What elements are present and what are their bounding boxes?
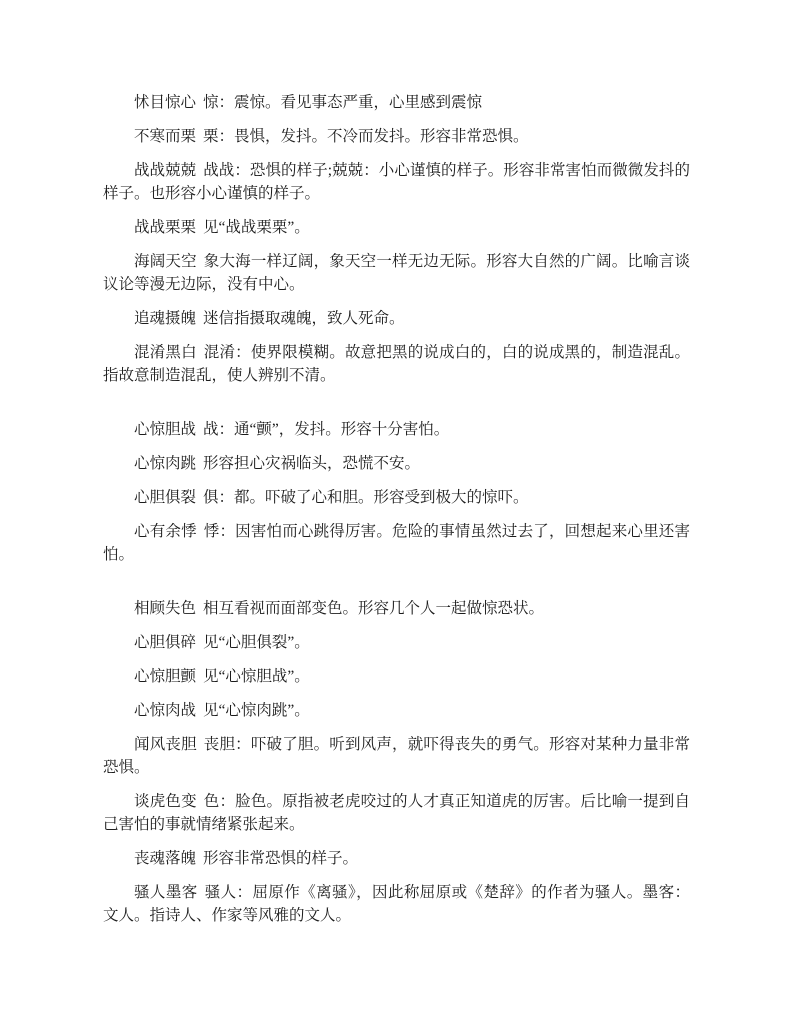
idiom-term: 心有余悸 <box>134 523 204 540</box>
idiom-entry: 海阔天空象大海一样辽阔，象天空一样无边无际。形容大自然的广阔。比喻言谈议论等漫无… <box>103 250 690 296</box>
document-page: 怵目惊心惊：震惊。看见事态严重，心里感到震惊 不寒而栗栗：畏惧，发抖。不冷而发抖… <box>0 0 792 1025</box>
idiom-entry: 心有余悸悸：因害怕而心跳得厉害。危险的事情虽然过去了，回想起来心里还害怕。 <box>103 520 690 566</box>
idiom-definition: 形容担心灾祸临头，恐慌不安。 <box>203 455 420 472</box>
idiom-entry: 不寒而栗栗：畏惧，发抖。不冷而发抖。形容非常恐惧。 <box>103 125 690 148</box>
idiom-entry: 追魂摄魄迷信指摄取魂魄，致人死命。 <box>103 307 690 330</box>
idiom-term: 心惊胆战 <box>134 421 203 438</box>
idiom-term: 骚人墨客 <box>134 884 205 901</box>
idiom-definition: 见“战战栗栗”。 <box>203 219 310 236</box>
idiom-definition: 俱：都。吓破了心和胆。形容受到极大的惊吓。 <box>203 489 529 506</box>
idiom-term: 怵目惊心 <box>134 94 203 111</box>
idiom-definition: 相互看视而面部变色。形容几个人一起做惊恐状。 <box>203 600 544 617</box>
idiom-term: 海阔天空 <box>134 253 204 270</box>
idiom-entry: 闻风丧胆丧胆：吓破了胆。听到风声，就吓得丧失的勇气。形容对某种力量非常恐惧。 <box>103 733 690 779</box>
idiom-entry: 战战兢兢战战：恐惧的样子;兢兢：小心谨慎的样子。形容非常害怕而微微发抖的样子。也… <box>103 159 690 205</box>
idiom-entry: 战战栗栗见“战战栗栗”。 <box>103 216 690 239</box>
idiom-entry: 心胆俱碎见“心胆俱裂”。 <box>103 631 690 654</box>
idiom-term: 谈虎色变 <box>134 793 204 810</box>
text-block: 怵目惊心惊：震惊。看见事态严重，心里感到震惊 不寒而栗栗：畏惧，发抖。不冷而发抖… <box>103 0 690 938</box>
idiom-definition: 栗：畏惧，发抖。不冷而发抖。形容非常恐惧。 <box>203 128 529 145</box>
idiom-term: 心胆俱碎 <box>134 634 203 651</box>
idiom-term: 心胆俱裂 <box>134 489 203 506</box>
idiom-term: 闻风丧胆 <box>134 736 204 753</box>
idiom-entry: 心惊肉跳形容担心灾祸临头，恐慌不安。 <box>103 452 690 475</box>
idiom-entry: 丧魂落魄形容非常恐惧的样子。 <box>103 847 690 870</box>
idiom-term: 不寒而栗 <box>134 128 203 145</box>
idiom-definition: 战：通“颤”，发抖。形容十分害怕。 <box>203 421 449 438</box>
idiom-term: 丧魂落魄 <box>134 850 203 867</box>
idiom-entry: 心胆俱裂俱：都。吓破了心和胆。形容受到极大的惊吓。 <box>103 486 690 509</box>
idiom-definition: 迷信指摄取魂魄，致人死命。 <box>203 310 405 327</box>
idiom-term: 心惊肉战 <box>134 702 203 719</box>
idiom-entry: 心惊胆颤见“心惊胆战”。 <box>103 665 690 688</box>
idiom-term: 战战兢兢 <box>134 162 203 179</box>
idiom-entry: 怵目惊心惊：震惊。看见事态严重，心里感到震惊 <box>103 91 690 114</box>
idiom-entry: 谈虎色变色：脸色。原指被老虎咬过的人才真正知道虎的厉害。后比喻一提到自己害怕的事… <box>103 790 690 836</box>
idiom-definition: 见“心惊胆战”。 <box>203 668 310 685</box>
idiom-term: 混淆黑白 <box>134 344 204 361</box>
blank-line <box>103 577 690 597</box>
idiom-term: 心惊肉跳 <box>134 455 203 472</box>
idiom-definition: 惊：震惊。看见事态严重，心里感到震惊 <box>203 94 482 111</box>
idiom-definition: 见“心胆俱裂”。 <box>203 634 310 651</box>
idiom-term: 相顾失色 <box>134 600 203 617</box>
idiom-entry: 混淆黑白混淆：使界限模糊。故意把黑的说成白的，白的说成黑的，制造混乱。指故意制造… <box>103 341 690 387</box>
idiom-entry: 骚人墨客骚人：屈原作《离骚》，因此称屈原或《楚辞》的作者为骚人。墨客：文人。指诗… <box>103 881 690 927</box>
idiom-entry: 相顾失色相互看视而面部变色。形容几个人一起做惊恐状。 <box>103 597 690 620</box>
idiom-term: 战战栗栗 <box>134 219 203 236</box>
idiom-term: 追魂摄魄 <box>134 310 203 327</box>
idiom-definition: 形容非常恐惧的样子。 <box>203 850 358 867</box>
idiom-term: 心惊胆颤 <box>134 668 203 685</box>
blank-line <box>103 398 690 418</box>
idiom-entry: 心惊胆战战：通“颤”，发抖。形容十分害怕。 <box>103 418 690 441</box>
idiom-definition: 见“心惊肉跳”。 <box>203 702 310 719</box>
idiom-entry: 心惊肉战见“心惊肉跳”。 <box>103 699 690 722</box>
